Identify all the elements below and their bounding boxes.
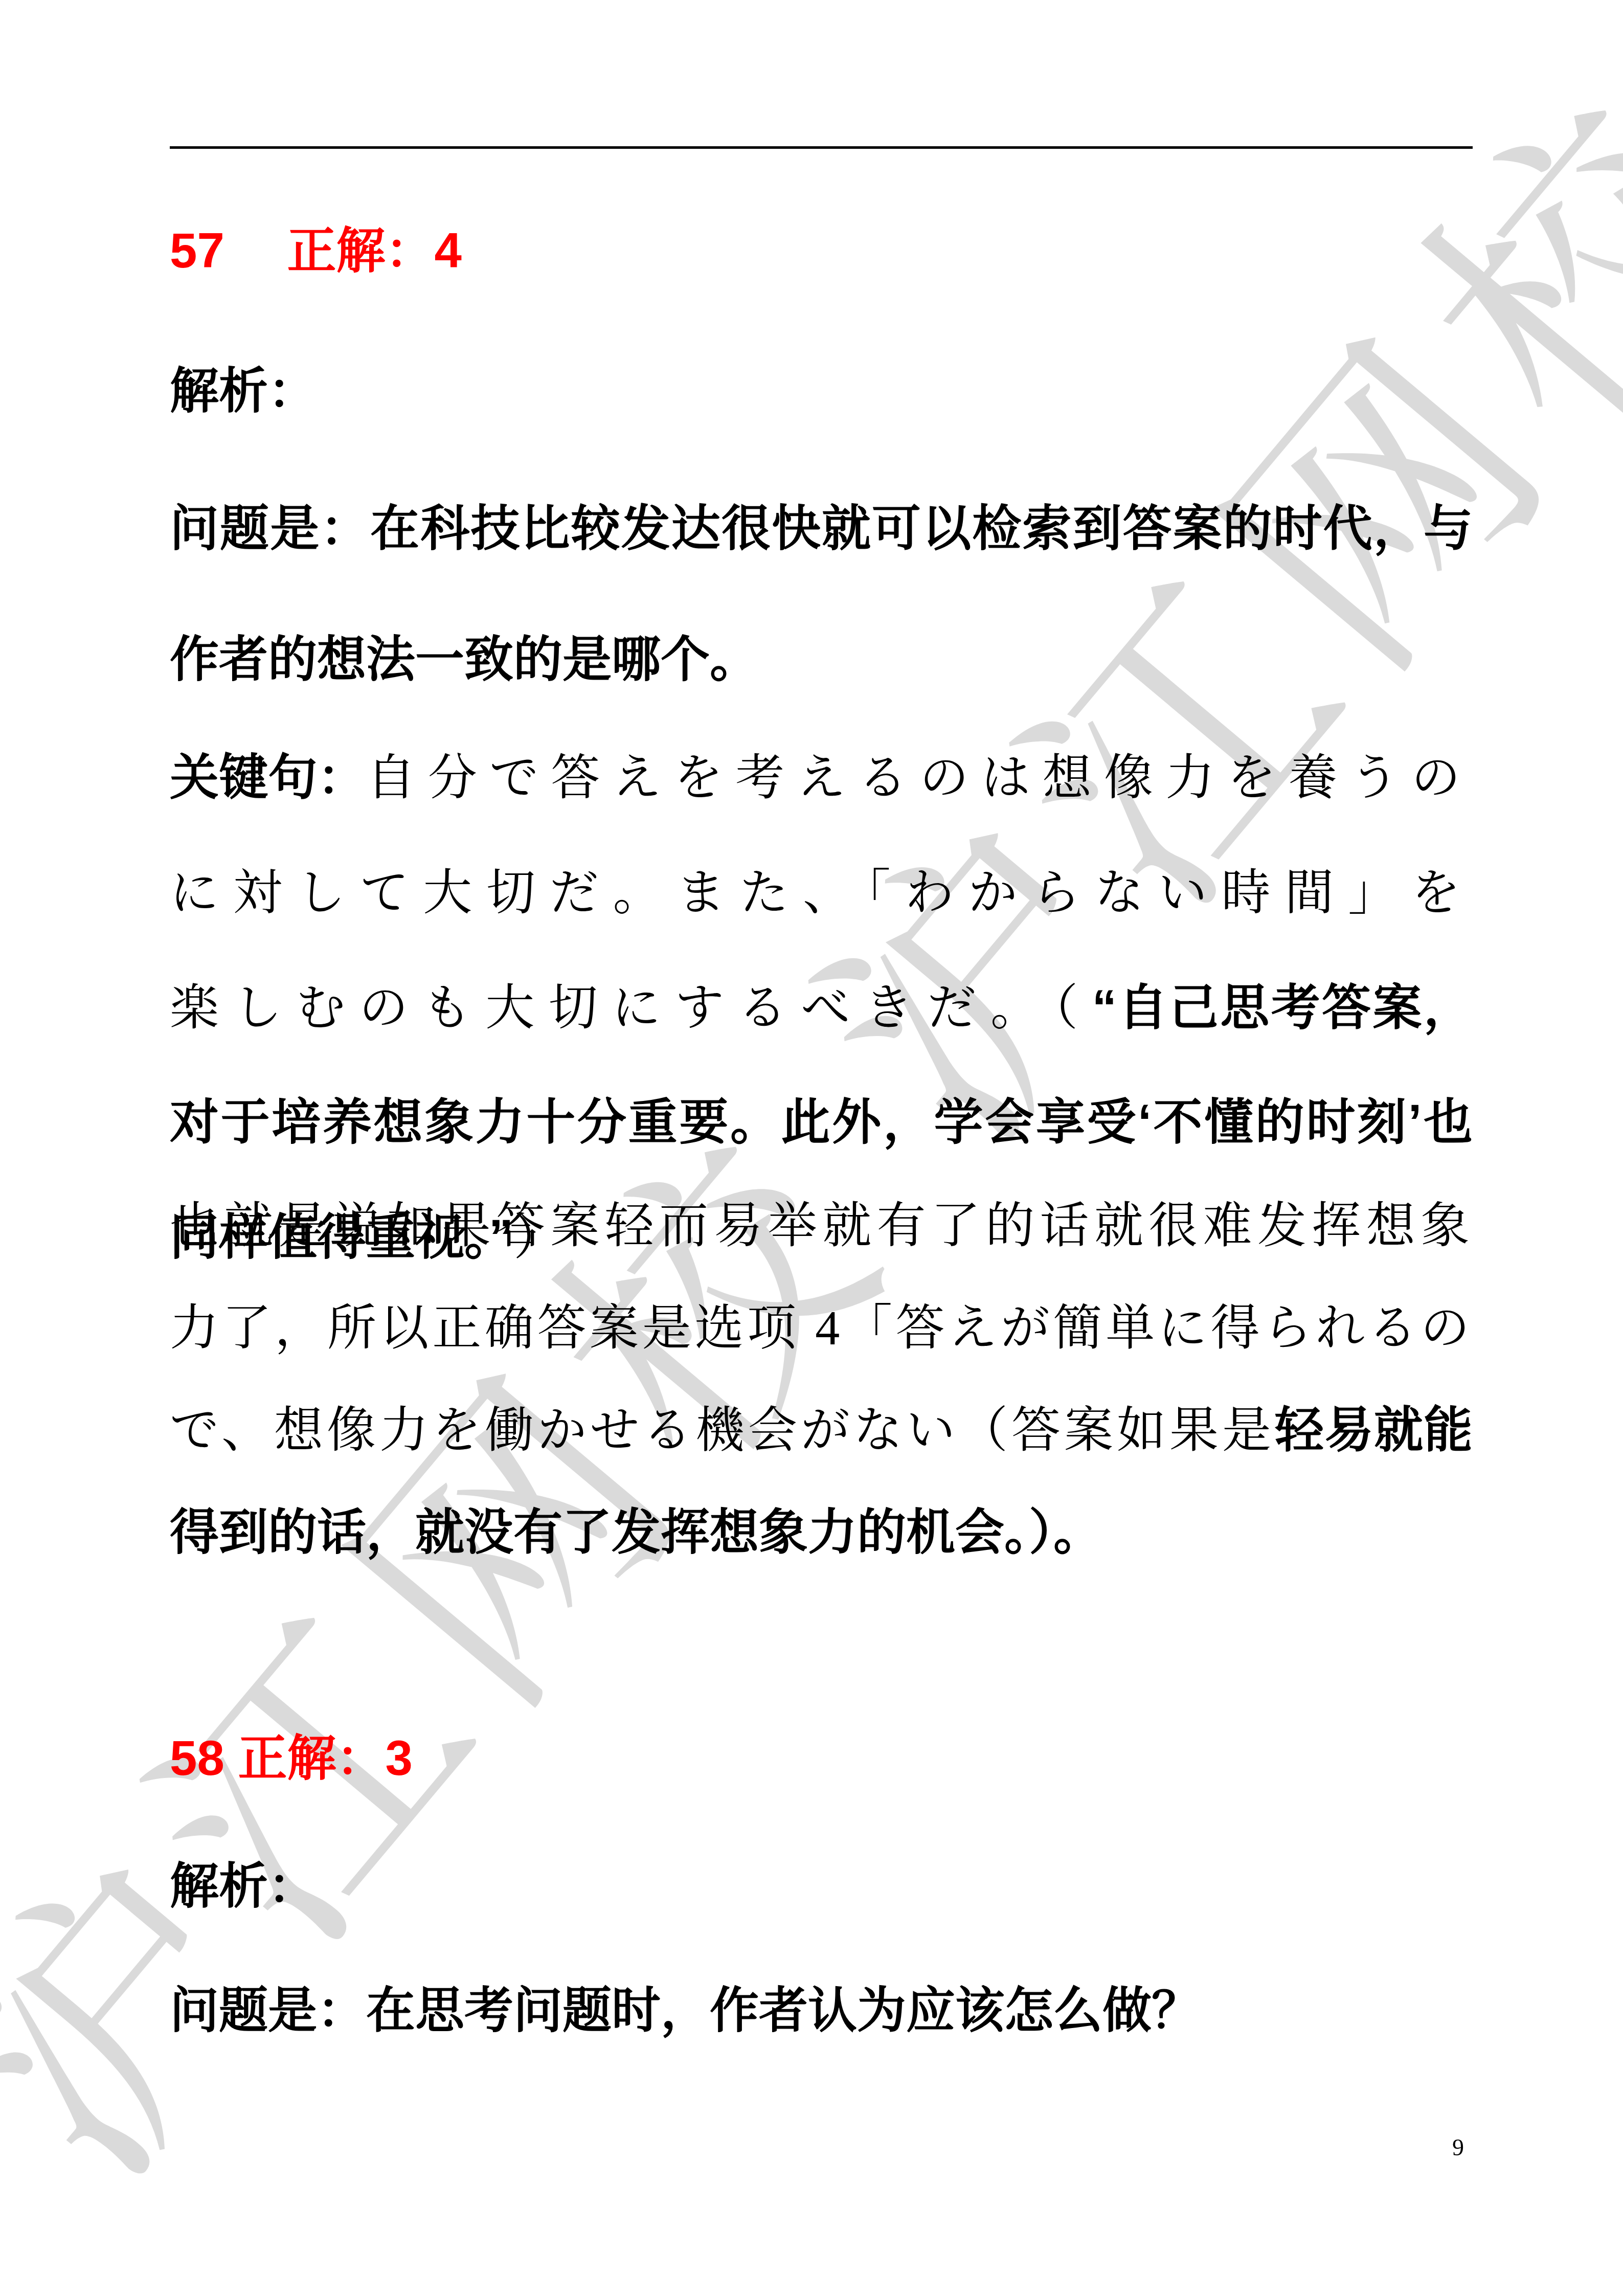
question-text-58: 问题是：在思考问题时，作者认为应该怎么做？: [170, 1983, 1473, 2039]
question-text-57: 问题是：在科技比较发达很快就可以检索到答案的时代，与作者的想法一致的是哪个。: [170, 463, 1473, 725]
reasoning-paragraph: 也就是说如果答案轻而易举就有了的话就很难发挥想象力了，所以正确答案是选项 4「答…: [170, 1175, 1473, 1584]
key-sentence-label: 关键句：: [170, 750, 367, 805]
answer-57-heading: 57 正解：4: [170, 223, 1473, 279]
header-rule: [170, 146, 1473, 149]
document-page: 沪江网校 沪江网校 57 正解：4 解析： 问题是：在科技比较发达很快就可以检索…: [0, 0, 1623, 2296]
page-number: 9: [1452, 2133, 1464, 2162]
analysis-label-57: 解析：: [170, 363, 1473, 419]
answer-58-heading: 58 正解：3: [170, 1730, 1473, 1787]
analysis-label-58: 解析：: [170, 1858, 1473, 1915]
